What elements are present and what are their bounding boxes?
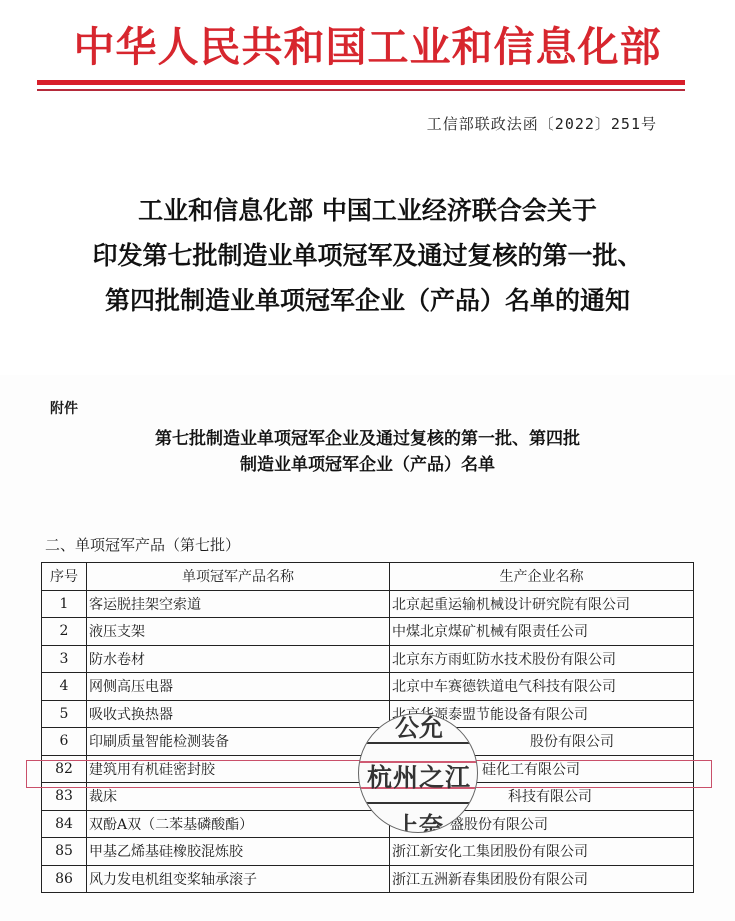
magnifier-rule	[359, 802, 478, 804]
cell-product: 风力发电机组变桨轴承滚子	[87, 865, 390, 893]
table-row: 3 防水卷材 北京东方雨虹防水技术股份有限公司	[42, 645, 694, 673]
notice-title: 工业和信息化部 中国工业经济联合会关于 印发第七批制造业单项冠军及通过复核的第一…	[0, 188, 735, 323]
table-row: 2 液压支架 中煤北京煤矿机械有限责任公司	[42, 618, 694, 646]
letterhead-red-rule-thin	[37, 89, 685, 91]
document-number: 工信部联政法函〔2022〕251号	[427, 113, 657, 134]
magnifier-bottom-text: 上奈	[359, 806, 478, 833]
cell-seq: 2	[42, 618, 87, 646]
cell-company: 北京中车赛德铁道电气科技有限公司	[390, 673, 694, 701]
attachment-title-line1: 第七批制造业单项冠军企业及通过复核的第一批、第四批	[0, 426, 735, 452]
cell-seq: 3	[42, 645, 87, 673]
cell-product: 客运脱挂架空索道	[87, 590, 390, 618]
cell-company: 北京东方雨虹防水技术股份有限公司	[390, 645, 694, 673]
cell-product: 甲基乙烯基硅橡胶混炼胶	[87, 838, 390, 866]
letterhead-red-rule-thick	[37, 80, 685, 85]
cell-seq: 6	[42, 728, 87, 756]
cell-seq: 85	[42, 838, 87, 866]
header-product: 单项冠军产品名称	[87, 563, 390, 591]
attachment-title: 第七批制造业单项冠军企业及通过复核的第一批、第四批 制造业单项冠军企业（产品）名…	[0, 426, 735, 478]
table-row: 85 甲基乙烯基硅橡胶混炼胶 浙江新安化工集团股份有限公司	[42, 838, 694, 866]
cell-company: 北京起重运输机械设计研究院有限公司	[390, 590, 694, 618]
cell-product: 液压支架	[87, 618, 390, 646]
cell-seq: 5	[42, 700, 87, 728]
attachment-label: 附件	[50, 398, 78, 418]
cell-product: 双酚A双（二苯基磷酸酯）	[87, 810, 390, 838]
table-row: 4 网侧高压电器 北京中车赛德铁道电气科技有限公司	[42, 673, 694, 701]
table-header-row: 序号 单项冠军产品名称 生产企业名称	[42, 563, 694, 591]
cell-seq: 84	[42, 810, 87, 838]
cell-seq: 4	[42, 673, 87, 701]
cell-seq: 86	[42, 865, 87, 893]
cell-seq: 1	[42, 590, 87, 618]
cell-product: 网侧高压电器	[87, 673, 390, 701]
notice-title-line3: 第四批制造业单项冠军企业（产品）名单的通知	[0, 278, 735, 323]
section-heading: 二、单项冠军产品（第七批）	[45, 534, 240, 555]
notice-title-line2: 印发第七批制造业单项冠军及通过复核的第一批、	[0, 233, 735, 278]
letterhead-issuer: 中华人民共和国工业和信息化部	[0, 22, 735, 72]
magnifier-top-text: 公允	[359, 713, 478, 743]
table-row: 86 风力发电机组变桨轴承滚子 浙江五洲新春集团股份有限公司	[42, 865, 694, 893]
magnifier-lens: 公允 杭州之江 上奈	[358, 713, 478, 833]
header-company: 生产企业名称	[390, 563, 694, 591]
attachment-title-line2: 制造业单项冠军企业（产品）名单	[0, 452, 735, 478]
cell-company: 浙江五洲新春集团股份有限公司	[390, 865, 694, 893]
cell-product: 防水卷材	[87, 645, 390, 673]
magnifier-main-text: 杭州之江	[359, 758, 478, 794]
cell-company: 浙江新安化工集团股份有限公司	[390, 838, 694, 866]
table-row: 1 客运脱挂架空索道 北京起重运输机械设计研究院有限公司	[42, 590, 694, 618]
header-seq: 序号	[42, 563, 87, 591]
cell-product: 印刷质量智能检测装备	[87, 728, 390, 756]
cell-company: 中煤北京煤矿机械有限责任公司	[390, 618, 694, 646]
notice-title-line1: 工业和信息化部 中国工业经济联合会关于	[0, 188, 735, 233]
cell-product: 吸收式换热器	[87, 700, 390, 728]
